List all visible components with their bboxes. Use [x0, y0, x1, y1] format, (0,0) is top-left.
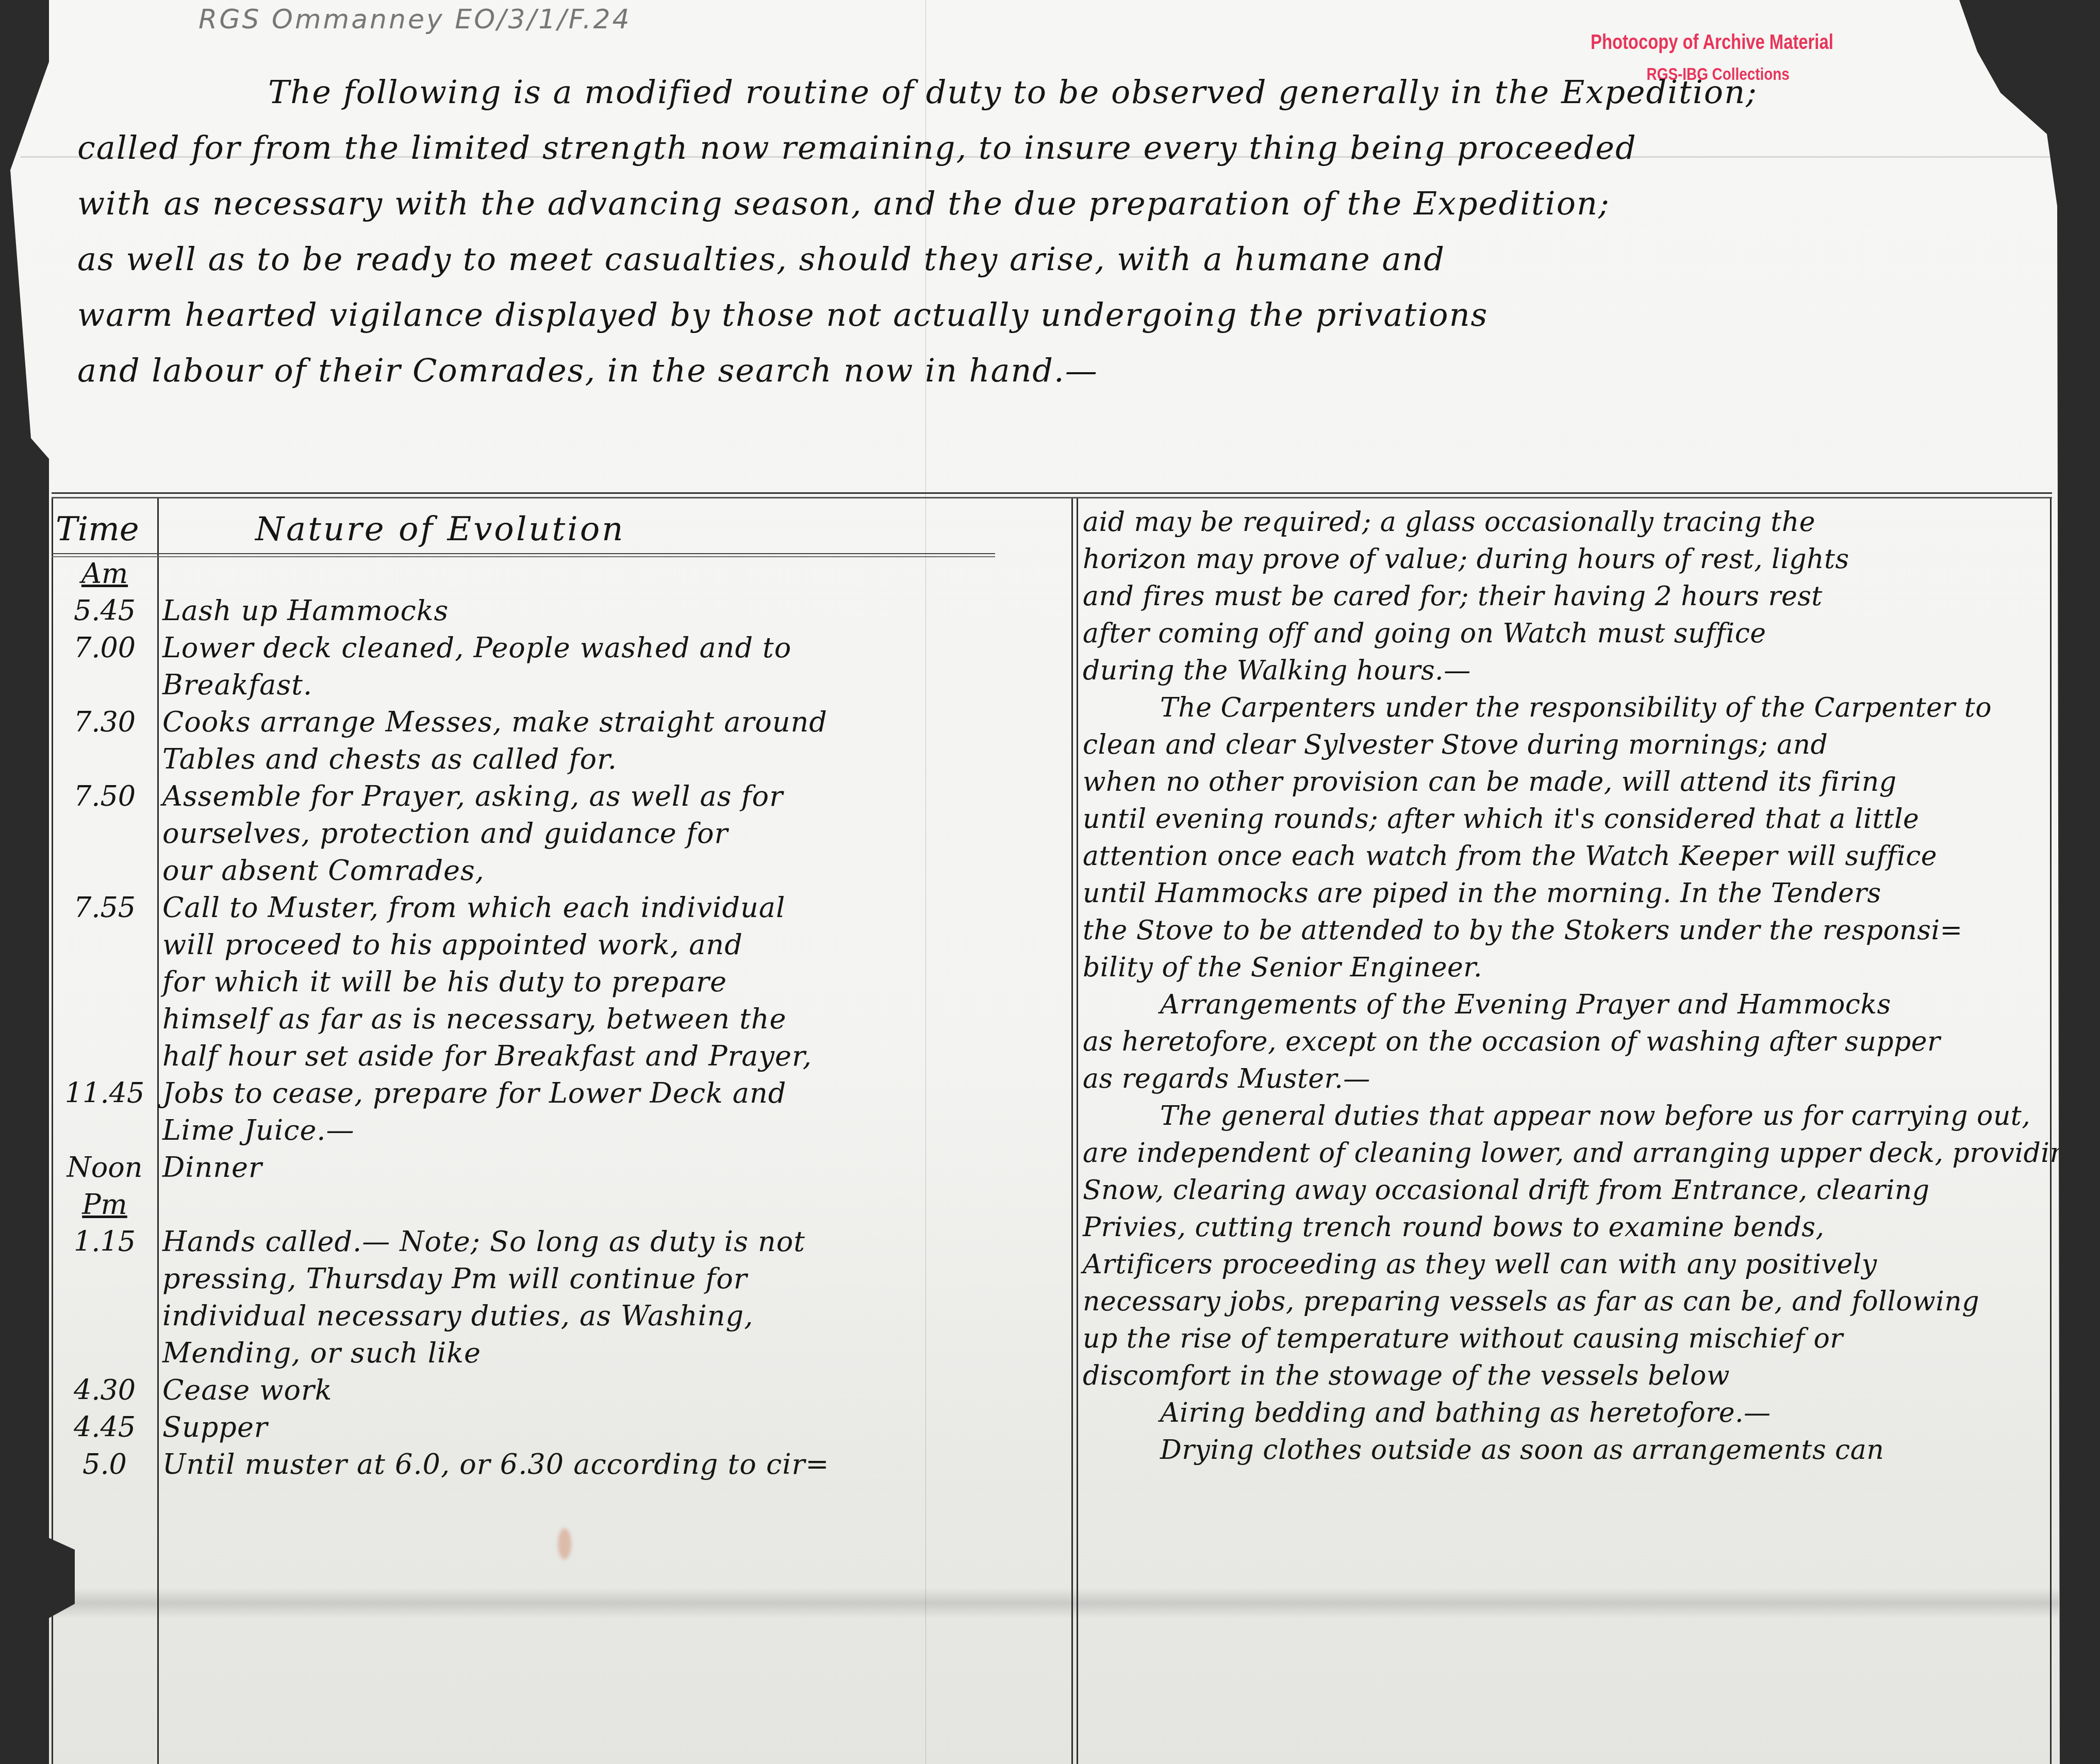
evolution-line: Cease work: [162, 1372, 1132, 1409]
evolution-line: Tables and chests as called for.: [162, 741, 1132, 778]
evolution-line: Breakfast.: [162, 667, 1132, 704]
evolution-line: pressing, Thursday Pm will continue for: [162, 1260, 1132, 1297]
document-sheet: RGS Ommanney EO/3/1/F.24 Photocopy of Ar…: [0, 0, 2100, 1764]
time-cell: [56, 852, 154, 889]
time-cell: 4.30: [56, 1372, 154, 1409]
time-cell: [56, 1001, 154, 1038]
time-cell: 1.15: [56, 1223, 154, 1260]
intro-line: called for from the limited strength now…: [77, 120, 2031, 176]
continuation-line: until evening rounds; after which it's c…: [1083, 801, 2052, 838]
time-cell: [56, 667, 154, 704]
continuation-line: until Hammocks are piped in the morning.…: [1083, 875, 2052, 912]
time-cell: [56, 741, 154, 778]
evolution-line: will proceed to his appointed work, and: [162, 926, 1132, 963]
time-cell: 7.00: [56, 629, 154, 667]
continuation-line: Airing bedding and bathing as heretofore…: [1083, 1394, 2052, 1432]
continuation-line: The general duties that appear now befor…: [1083, 1097, 2052, 1135]
time-cell: 7.55: [56, 889, 154, 926]
continuation-line: and fires must be cared for; their havin…: [1083, 578, 2052, 615]
evolution-line: Lime Juice.—: [162, 1112, 1132, 1149]
evolution-line: Dinner: [162, 1149, 1132, 1186]
time-cell: Noon: [56, 1149, 154, 1186]
routine-table: Time Am5.457.007.307.507.5511.45NoonPm1.…: [52, 492, 2052, 1764]
continuation-line: Drying clothes outside as soon as arrang…: [1083, 1432, 2052, 1469]
nature-header: Nature of Evolution: [162, 504, 1132, 555]
continuation-line: Privies, cutting trench round bows to ex…: [1083, 1209, 2052, 1246]
time-column: Time Am5.457.007.307.507.5511.45NoonPm1.…: [56, 504, 154, 1483]
evolution-line: Hands called.— Note; So long as duty is …: [162, 1223, 1132, 1260]
continuation-line: are independent of cleaning lower, and a…: [1083, 1135, 2052, 1172]
time-cell: Pm: [56, 1186, 154, 1223]
intro-line: and labour of their Comrades, in the sea…: [77, 343, 2031, 398]
continuation-line: when no other provision can be made, wil…: [1083, 763, 2052, 801]
evolution-line: Assemble for Prayer, asking, as well as …: [162, 778, 1132, 815]
time-cell: [56, 815, 154, 852]
evolution-line: Lash up Hammocks: [162, 592, 1132, 629]
evolution-line: Cooks arrange Messes, make straight arou…: [162, 704, 1132, 741]
evolution-line: Call to Muster, from which each individu…: [162, 889, 1132, 926]
evolution-line: Supper: [162, 1409, 1132, 1446]
continuation-line: as heretofore, except on the occasion of…: [1083, 1023, 2052, 1060]
time-cell: 7.50: [56, 778, 154, 815]
time-cell: Am: [56, 555, 154, 592]
evolution-line: Jobs to cease, prepare for Lower Deck an…: [162, 1075, 1132, 1112]
evolution-line: our absent Comrades,: [162, 852, 1132, 889]
time-column-divider: [157, 498, 159, 1764]
time-cell: [56, 1038, 154, 1075]
continuation-line: Artificers proceeding as they well can w…: [1083, 1246, 2052, 1283]
intro-line: as well as to be ready to meet casualtie…: [77, 231, 2031, 287]
continuation-line: Arrangements of the Evening Prayer and H…: [1083, 986, 2052, 1023]
continuation-line: up the rise of temperature without causi…: [1083, 1320, 2052, 1357]
table-top-rule: [52, 492, 2052, 498]
continuation-line: horizon may prove of value; during hours…: [1083, 541, 2052, 578]
time-header: Time: [56, 504, 154, 555]
continuation-line: bility of the Senior Engineer.: [1083, 949, 2052, 986]
time-cell: [56, 1297, 154, 1335]
evolution-line: himself as far as is necessary, between …: [162, 1001, 1132, 1038]
archive-reference: RGS Ommanney EO/3/1/F.24: [199, 4, 632, 35]
time-cell: [56, 963, 154, 1001]
intro-line: with as necessary with the advancing sea…: [77, 176, 2031, 231]
continuation-line: discomfort in the stowage of the vessels…: [1083, 1357, 2052, 1394]
time-cell: 4.45: [56, 1409, 154, 1446]
time-cell: 11.45: [56, 1075, 154, 1112]
evolution-line: for which it will be his duty to prepare: [162, 963, 1132, 1001]
continuation-line: during the Walking hours.—: [1083, 652, 2052, 689]
evolution-line: Mending, or such like: [162, 1335, 1132, 1372]
intro-line: warm hearted vigilance displayed by thos…: [77, 287, 2031, 343]
intro-paragraph: The following is a modified routine of d…: [77, 64, 2031, 398]
continuation-column: aid may be required; a glass occasionall…: [1083, 504, 2052, 1469]
evolution-line: ourselves, protection and guidance for: [162, 815, 1132, 852]
time-cell: 5.0: [56, 1446, 154, 1483]
continuation-line: necessary jobs, preparing vessels as far…: [1083, 1283, 2052, 1320]
time-cell: 7.30: [56, 704, 154, 741]
continuation-line: aid may be required; a glass occasionall…: [1083, 504, 2052, 541]
stamp-line-1: Photocopy of Archive Material: [1591, 31, 1833, 54]
evolution-line: Until muster at 6.0, or 6.30 according t…: [162, 1446, 1132, 1483]
continuation-line: clean and clear Sylvester Stove during m…: [1083, 726, 2052, 763]
continuation-line: Snow, clearing away occasional drift fro…: [1083, 1172, 2052, 1209]
intro-line: The following is a modified routine of d…: [77, 64, 2031, 120]
time-cell: [56, 1335, 154, 1372]
continuation-line: the Stove to be attended to by the Stoke…: [1083, 912, 2052, 949]
evolution-line: [162, 1186, 1132, 1223]
time-cell: [56, 1260, 154, 1297]
evolution-line: Lower deck cleaned, People washed and to: [162, 629, 1132, 667]
evolution-line: individual necessary duties, as Washing,: [162, 1297, 1132, 1335]
continuation-line: The Carpenters under the responsibility …: [1083, 689, 2052, 726]
time-cell: [56, 1112, 154, 1149]
time-cell: [56, 926, 154, 963]
continuation-line: as regards Muster.—: [1083, 1060, 2052, 1097]
time-cell: 5.45: [56, 592, 154, 629]
continuation-line: after coming off and going on Watch must…: [1083, 615, 2052, 652]
evolution-line: [162, 555, 1132, 592]
continuation-line: attention once each watch from the Watch…: [1083, 838, 2052, 875]
nature-column: Nature of Evolution Lash up HammocksLowe…: [162, 504, 1132, 1483]
evolution-line: half hour set aside for Breakfast and Pr…: [162, 1038, 1132, 1075]
